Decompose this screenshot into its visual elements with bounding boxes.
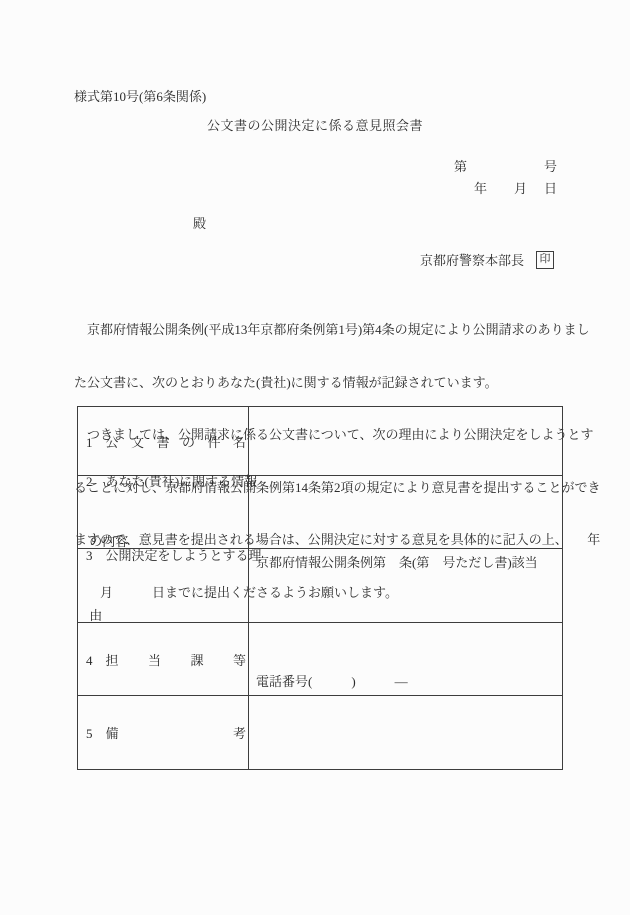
sender-line: 京都府警察本部長 印 [420, 250, 554, 269]
row-value-division-in-charge: 電話番号( ) ― [249, 623, 562, 696]
date-line: 年 月 日 [474, 178, 557, 197]
addressee-honorific: 殿 [193, 213, 206, 232]
row-value-document-name [249, 407, 562, 476]
body-line: 京都府情報公開条例(平成13年京都府条例第1号)第4条の規定により公開請求のあり… [74, 320, 560, 341]
ordinance-article-note: 京都府情報公開条例第 条(第 号ただし書)該当 [249, 549, 562, 571]
date-month-label: 月 [514, 178, 527, 197]
phone-number-label: 電話番号( ) ― [256, 671, 408, 690]
row-label-disclosure-reason: 3 公開決定をしようとする理 由 [78, 549, 249, 623]
document-page: { "page": { "bg": "#fcfcfc", "ink": "#2b… [0, 0, 630, 915]
row-value-disclosure-reason: 京都府情報公開条例第 条(第 号ただし書)該当 [249, 549, 562, 623]
form-number: 様式第10号(第6条関係) [74, 86, 206, 105]
row-label-text: 5 備 考 [86, 723, 246, 742]
row-value-remarks [249, 696, 562, 769]
body-line: た公文書に、次のとおりあなた(貴社)に関する情報が記録されています。 [74, 373, 560, 394]
sender-title: 京都府警察本部長 [420, 250, 524, 269]
info-table: 1 公 文 書 の 件 名 2 あなた(貴社)に関する情報 の内容 3 公開決定… [77, 406, 563, 770]
date-year-label: 年 [474, 178, 487, 197]
doc-number-suffix: 号 [544, 156, 557, 175]
page-title: 公文書の公開決定に係る意見照会書 [0, 115, 630, 134]
row-label-text: 4 担 当 課 等 [86, 650, 246, 669]
row-value-your-information [249, 476, 562, 549]
doc-number-prefix: 第 [454, 156, 467, 175]
row-label-division-in-charge: 4 担 当 課 等 [78, 623, 249, 696]
doc-number-line: 第 号 [454, 156, 557, 175]
row-label-remarks: 5 備 考 [78, 696, 249, 769]
date-day-label: 日 [544, 178, 557, 197]
seal-stamp: 印 [536, 251, 554, 269]
